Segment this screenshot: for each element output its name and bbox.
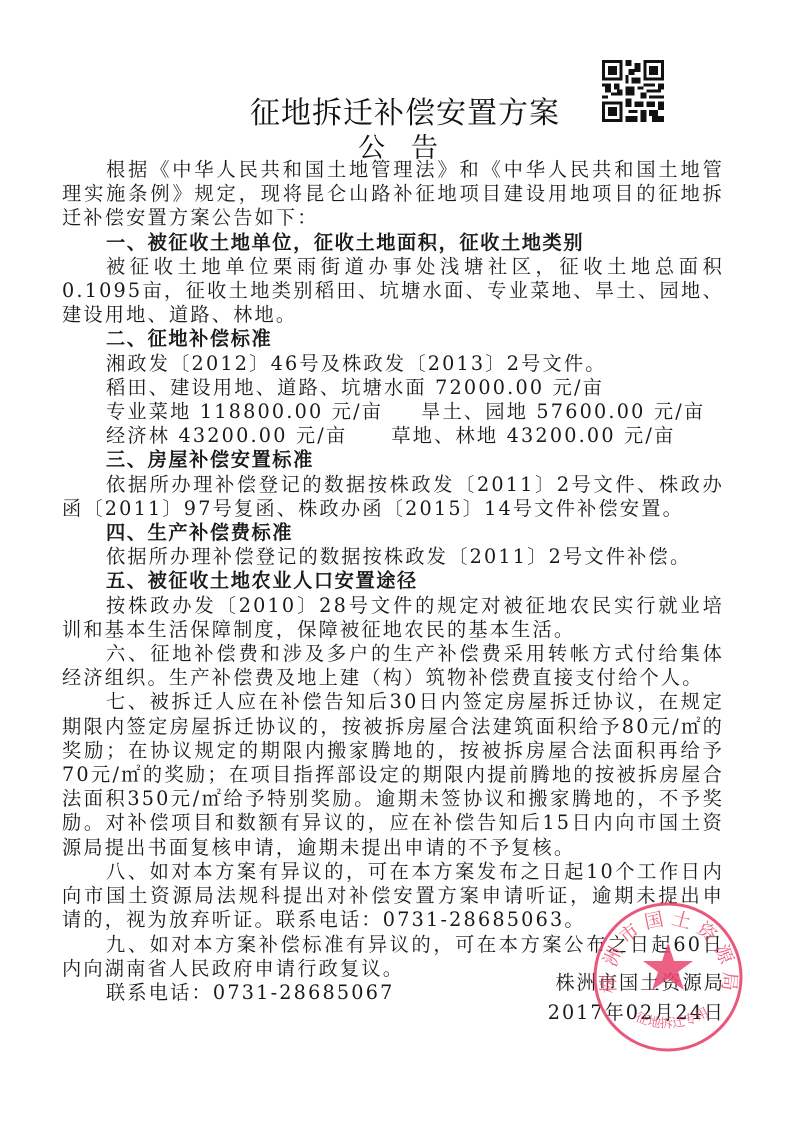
section-heading-3: 三、房屋补偿安置标准 <box>62 448 724 472</box>
compensation-basis: 湘政发〔2012〕46号及株政发〔2013〕2号文件。 <box>62 352 724 376</box>
section-text-1: 被征收土地单位栗雨街道办事处浅塘社区，征收土地总面积0.1095亩，征收土地类别… <box>62 255 724 328</box>
document-title: 征地拆迁补偿安置方案 <box>0 96 800 132</box>
rate-line-pair-1: 专业菜地 118800.00 元/亩旱土、园地 57600.00 元/亩 <box>62 400 724 424</box>
rate-economic-forest: 经济林 43200.00 元/亩 <box>106 424 347 447</box>
section-text-5: 按株政办发〔2010〕28号文件的规定对被征地农民实行就业培训和基本生活保障制度… <box>62 594 724 642</box>
rate-line-pair-2: 经济林 43200.00 元/亩草地、林地 43200.00 元/亩 <box>62 424 724 448</box>
section-heading-1: 一、被征收土地单位，征收土地面积，征收土地类别 <box>62 231 724 255</box>
clause-6: 六、征地补偿费和涉及多户的生产补偿费采用转帐方式付给集体经济组织。生产补偿费及地… <box>62 642 724 690</box>
section-heading-2: 二、征地补偿标准 <box>62 327 724 351</box>
section-text-4: 依据所办理补偿登记的数据按株政发〔2011〕2号文件补偿。 <box>62 545 724 569</box>
issuer-name: 株洲市国土资源局 <box>0 968 725 995</box>
rate-line-paddy: 稻田、建设用地、道路、坑塘水面 72000.00 元/亩 <box>62 376 724 400</box>
document-body: 根据《中华人民共和国土地管理法》和《中华人民共和国土地管理实施条例》规定，现将昆… <box>62 158 724 1005</box>
rate-grassland: 草地、林地 43200.00 元/亩 <box>391 424 675 447</box>
intro-paragraph: 根据《中华人民共和国土地管理法》和《中华人民共和国土地管理实施条例》规定，现将昆… <box>62 158 724 231</box>
section-text-3: 依据所办理补偿登记的数据按株政发〔2011〕2号文件、株政办函〔2011〕97号… <box>62 473 724 521</box>
section-heading-4: 四、生产补偿费标准 <box>62 521 724 545</box>
rate-vegetable: 专业菜地 118800.00 元/亩 <box>106 400 383 423</box>
section-heading-5: 五、被征收土地农业人口安置途径 <box>62 569 724 593</box>
issue-date: 2017年02月24日 <box>0 998 725 1025</box>
rate-dryland: 旱土、园地 57600.00 元/亩 <box>421 400 705 423</box>
clause-7: 七、被拆迁人应在补偿告知后30日内签定房屋拆迁协议，在规定期限内签定房屋拆迁协议… <box>62 690 724 859</box>
clause-8: 八、如对本方案有异议的，可在本方案发布之日起10个工作日内向市国土资源局法规科提… <box>62 860 724 933</box>
